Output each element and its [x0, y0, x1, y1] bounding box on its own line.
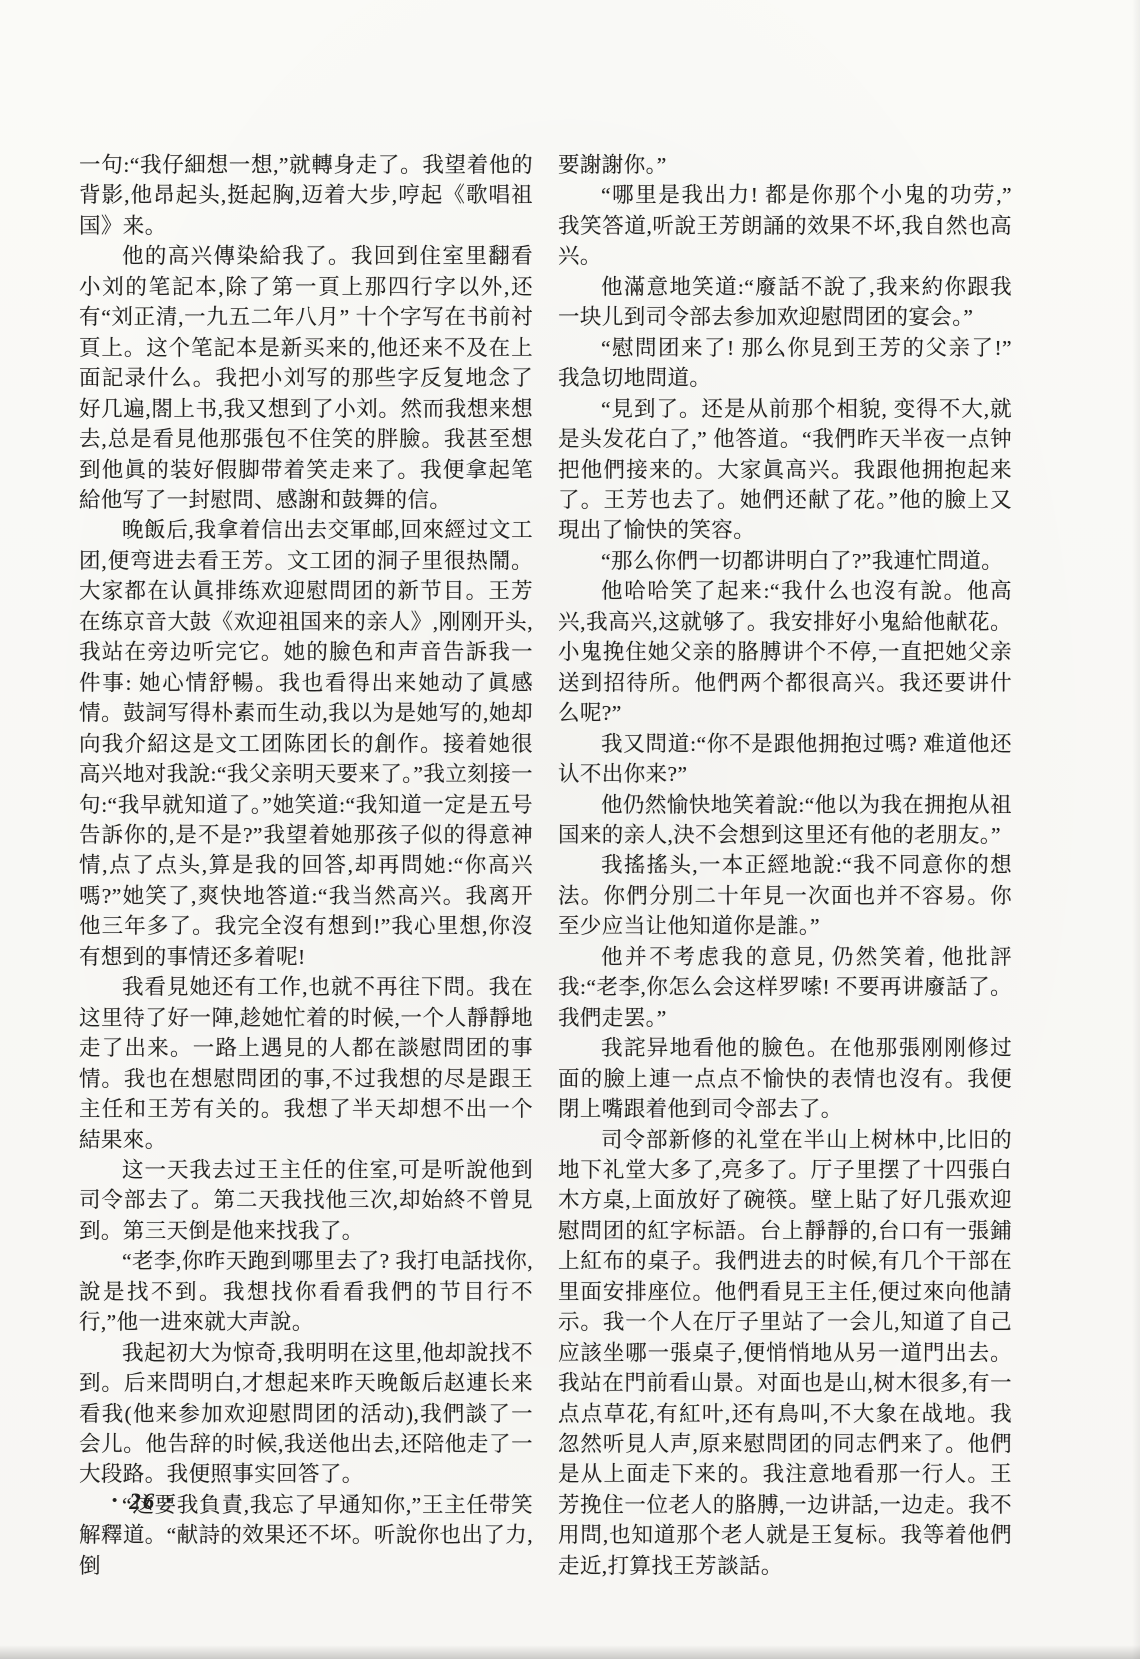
book-page: 一句:“我仔細想一想,”就轉身走了。我望着他的背影,他昂起头,挺起胸,迈着大步,…	[0, 0, 1140, 1659]
paragraph: 我又問道:“你不是跟他拥抱过嗎? 难道他还认不出你来?”	[558, 729, 1012, 790]
text-column-left: 一句:“我仔細想一想,”就轉身走了。我望着他的背影,他昂起头,挺起胸,迈着大步,…	[79, 150, 533, 1581]
paragraph: 这一天我去过王主任的住室,可是听說他到司令部去了。第二天我找他三次,却始終不曾見…	[79, 1155, 533, 1246]
paragraph: “老李,你昨天跑到哪里去了? 我打电話找你,說是找不到。我想找你看看我們的节目行…	[79, 1246, 533, 1337]
paragraph: 司令部新修的礼堂在半山上树林中,比旧的地下礼堂大多了,亮多了。厅子里摆了十四張白…	[558, 1125, 1012, 1582]
page-edge-shadow-right	[1132, 0, 1140, 1659]
paragraph: “哪里是我出力! 都是你那个小鬼的功劳,” 我笑答道,听說王芳朗誦的效果不坏,我…	[558, 180, 1012, 271]
paragraph: 要謝謝你。”	[558, 150, 1012, 180]
paragraph: 我詫异地看他的臉色。在他那張刚刚修过面的臉上連一点点不愉快的表情也沒有。我便閉上…	[558, 1033, 1012, 1124]
paragraph: 他并不考虑我的意見, 仍然笑着, 他批評我:“老李,你怎么会这样罗嗦! 不要再讲…	[558, 942, 1012, 1033]
paragraph: “慰問团来了! 那么你見到王芳的父亲了!” 我急切地問道。	[558, 333, 1012, 394]
paragraph: 他滿意地笑道:“廢話不說了,我来約你跟我一块儿到司令部去参加欢迎慰問团的宴会。”	[558, 272, 1012, 333]
paragraph: 我看見她还有工作,也就不再往下問。我在这里待了好一陣,趁她忙着的时候,一个人靜靜…	[79, 972, 533, 1155]
paragraph: 一句:“我仔細想一想,”就轉身走了。我望着他的背影,他昂起头,挺起胸,迈着大步,…	[79, 150, 533, 241]
page-number: • 26 •	[112, 1489, 174, 1515]
paragraph: “那么你們一切都讲明白了?”我連忙問道。	[558, 546, 1012, 576]
paragraph: 他的高兴傳染給我了。我回到住室里翻看小刘的笔記本,除了第一頁上那四行字以外,还有…	[79, 241, 533, 515]
paragraph: 我搖搖头,一本正經地說:“我不同意你的想法。你們分別二十年見一次面也并不容易。你…	[558, 850, 1012, 941]
paragraph: 晚飯后,我拿着信出去交軍邮,回來經过文工团,便弯进去看王芳。文工团的洞子里很热鬧…	[79, 515, 533, 972]
paragraph: 我起初大为惊奇,我明明在这里,他却說找不到。后来問明白,才想起来昨天晚飯后赵連长…	[79, 1338, 533, 1490]
page-edge-shadow-bottom	[0, 1645, 1140, 1659]
paragraph: “見到了。还是从前那个相貌, 变得不大,就是头发花白了,” 他答道。“我們昨天半…	[558, 394, 1012, 546]
page-number-value: 26	[129, 1489, 156, 1515]
paragraph: 他仍然愉快地笑着說:“他以为我在拥抱从祖国来的亲人,決不会想到这里还有他的老朋友…	[558, 790, 1012, 851]
text-column-right: 要謝謝你。”“哪里是我出力! 都是你那个小鬼的功劳,” 我笑答道,听說王芳朗誦的…	[558, 150, 1012, 1581]
paragraph: 他哈哈笑了起来:“我什么也沒有說。他高兴,我高兴,这就够了。我安排好小鬼給他献花…	[558, 576, 1012, 728]
page-number-dot-left: •	[112, 1493, 119, 1510]
page-number-dot-right: •	[166, 1493, 173, 1510]
